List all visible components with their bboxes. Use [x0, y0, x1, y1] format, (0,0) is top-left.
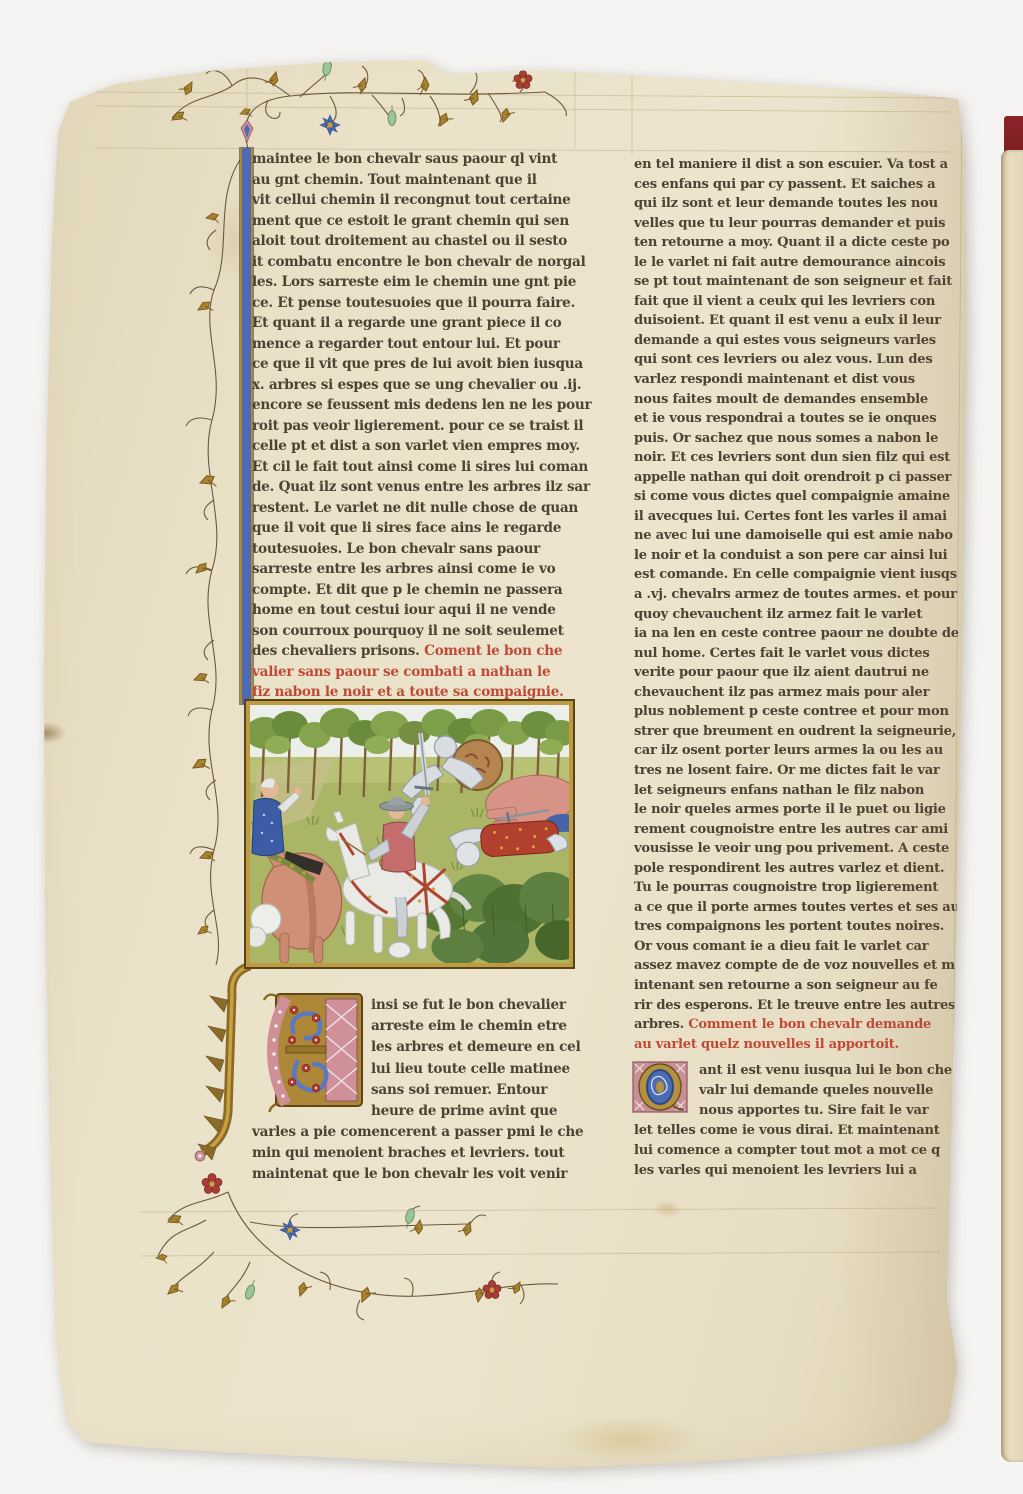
text-line: maintee le bon chevalr saus paour ql vin… [252, 149, 574, 170]
text-line: encore se feussent mis dedens len ne les… [252, 395, 574, 416]
illuminated-initial-A: A [250, 990, 366, 1112]
left-column-text: maintee le bon chevalr saus paour ql vin… [252, 149, 574, 703]
text-line: ant il est venu iusqua lui le bon che [699, 1061, 964, 1081]
parchment-page: maintee le bon chevalr saus paour ql vin… [0, 0, 1023, 1494]
text-line: let telles come ie vous dirai. Et mainte… [634, 1121, 964, 1141]
left-column-text-3: varles a pie comencerent a passer pmi le… [252, 1122, 574, 1186]
text-line: velles que tu leur pourras demander et p… [634, 214, 964, 234]
right-column-text-2: ant il est venu iusqua lui le bon cheval… [699, 1061, 964, 1121]
text-line: compte. Et dit que p le chemin ne passer… [252, 580, 574, 601]
text-line: son courroux pourquoy il ne soit seuleme… [252, 621, 574, 642]
text-line: ment que ce estoit le grant chemin qui s… [252, 211, 574, 232]
text-line: home en tout cestui iour aqui il ne vend… [252, 600, 574, 621]
text-line: insi se fut le bon chevalier [371, 995, 575, 1016]
text-line: rir des esperons. Et le treuve entre les… [634, 996, 964, 1016]
text-line: il avecques lui. Certes font les varles … [634, 507, 964, 527]
text-line: sans soi remuer. Entour [371, 1080, 575, 1101]
text-line: arbres. Comment le bon chevalr demande [634, 1015, 964, 1035]
text-line: au gnt chemin. Tout maintenant que il [252, 170, 574, 191]
text-line: demande a qui estes vous seigneurs varle… [634, 331, 964, 351]
text-line: fiz nabon le noir et a toute sa compaign… [252, 682, 574, 703]
text-line: let seigneurs enfans nathan le filz nabo… [634, 781, 964, 801]
text-line: nous apportes tu. Sire fait le var [699, 1101, 964, 1121]
illuminated-initial-Q: Q [632, 1061, 689, 1114]
text-line: que il voit que li sires face ains le re… [252, 518, 574, 539]
right-column-text: en tel maniere il dist a son escuier. Va… [634, 155, 964, 1054]
text-line: car ilz osent porter leurs armes la ou l… [634, 741, 964, 761]
text-line: est comande. En celle compaignie vient i… [634, 565, 964, 585]
text-line: qui sont ces levriers ou alez vous. Lun … [634, 350, 964, 370]
text-line: vousisse le veoir ung pou privement. A c… [634, 839, 964, 859]
text-line: heure de prime avint que [371, 1101, 575, 1122]
text-line: it combatu encontre le bon chevalr de no… [252, 252, 574, 273]
text-line: Et cil le fait tout ainsi come li sires … [252, 457, 574, 478]
stain-right-column [652, 1200, 682, 1218]
text-line: noir. Et ces levriers sont dun sien filz… [634, 448, 964, 468]
text-line: quoy chevauchent ilz armez fait le varle… [634, 605, 964, 625]
text-line: mence a regarder tout entour lui. Et pou… [252, 334, 574, 355]
text-line: lui comence a compter tout mot a mot ce … [634, 1141, 964, 1161]
text-line: fait que il vient a ceulx qui les levrie… [634, 292, 964, 312]
text-line: le le varlet ni fait autre demourance ai… [634, 253, 964, 273]
text-line: nul home. Certes fait le varlet vous dic… [634, 644, 964, 664]
stain-margin [204, 196, 264, 286]
text-line: duisoient. Et quant il est venu a eulx i… [634, 311, 964, 331]
column-bar [240, 148, 253, 704]
initial-bar-extension [195, 966, 250, 1161]
text-line: ces enfans qui par cy passent. Et saiche… [634, 175, 964, 195]
text-line: valr lui demande queles nouvelle [699, 1081, 964, 1101]
text-line: ia na len en ceste contree paour ne doub… [634, 624, 964, 644]
text-line: varles a pie comencerent a passer pmi le… [252, 1122, 574, 1143]
text-line: et ie vous respondrai a toutes se ie onq… [634, 409, 964, 429]
text-line: assez mavez compte de de voz nouvelles e… [634, 956, 964, 976]
text-line: ne avec lui une damoiselle qui est amie … [634, 526, 964, 546]
text-line: verite pour paour que ilz aient dautrui … [634, 663, 964, 683]
text-line: tres compaignons les portent toutes noir… [634, 917, 964, 937]
text-line: roit pas veoir ligierement. pour ce se t… [252, 416, 574, 437]
text-line: les. Lors sarreste eim le chemin une gnt… [252, 272, 574, 293]
bar-finial [241, 120, 253, 142]
text-line: ce. Et pense toutesuoies que il pourra f… [252, 293, 574, 314]
text-line: aloit tout droitement au chastel ou il s… [252, 231, 574, 252]
text-line: le noir queles armes porte il le puet ou… [634, 800, 964, 820]
text-line: Tu le pourras cougnoistre trop ligiereme… [634, 878, 964, 898]
text-line: qui ilz sont et leur demande toutes les … [634, 194, 964, 214]
text-line: Or vous comant ie a dieu fait le varlet … [634, 937, 964, 957]
text-line: chevauchent ilz pas armez mais pour aler [634, 683, 964, 703]
text-line: celle pt et dist a son varlet vien empre… [252, 436, 574, 457]
text-line: rement cougnoistre entre les autres car … [634, 820, 964, 840]
text-line: nous faites moult de demandes ensemble [634, 390, 964, 410]
stain-left-edge [26, 722, 66, 744]
text-line: sarreste entre les arbres ainsi come ie … [252, 559, 574, 580]
text-line: si come vous dictes quel compaignie amai… [634, 487, 964, 507]
text-line: Et quant il a regarde une grant piece il… [252, 313, 574, 334]
text-line: toutesuoies. Le bon chevalr sans paour [252, 539, 574, 560]
text-line: ce que il vit que pres de lui avoit bien… [252, 354, 574, 375]
text-line: pole respondirent les autres varlez et d… [634, 859, 964, 879]
text-line: en tel maniere il dist a son escuier. Va… [634, 155, 964, 175]
text-line: a ce que il porte armes toutes vertes et… [634, 898, 964, 918]
text-line: des chevaliers prisons. Coment le bon ch… [252, 641, 574, 662]
text-line: puis. Or sachez que nous somes a nabon l… [634, 429, 964, 449]
ruling-lines [0, 0, 1023, 1494]
text-line: lui lieu toute celle matinee [371, 1059, 575, 1080]
manuscript-photo: maintee le bon chevalr saus paour ql vin… [0, 0, 1023, 1494]
ivy-border [0, 0, 1023, 1494]
text-line: au varlet quelz nouvelles il apportoit. [634, 1035, 964, 1055]
text-line: restent. Le varlet ne dit nulle chose de… [252, 498, 574, 519]
text-line: a .vj. chevalrs armez de toutes armes. e… [634, 585, 964, 605]
text-line: vit cellui chemin il recongnut tout cert… [252, 190, 574, 211]
text-line: tres ne losent faire. Or me dictes fait … [634, 761, 964, 781]
text-line: arreste eim le chemin etre [371, 1016, 575, 1037]
text-line: maintenat que le bon chevalr les voit ve… [252, 1164, 574, 1185]
text-line: les arbres et demeure en cel [371, 1037, 575, 1058]
text-line: strer que breument en oudrent la seigneu… [634, 722, 964, 742]
text-line: ten retourne a moy. Quant il a dicte ces… [634, 233, 964, 253]
text-line: x. arbres si espes que se ung chevalier … [252, 375, 574, 396]
miniature-scene [250, 705, 569, 963]
right-column-text-3: let telles come ie vous dirai. Et mainte… [634, 1121, 964, 1181]
left-column-text-2: insi se fut le bon chevalierarreste eim … [371, 995, 575, 1122]
text-line: appelle nathan qui doit orendroit p ci p… [634, 468, 964, 488]
miniature-painting [246, 701, 573, 967]
page-wrap: maintee le bon chevalr saus paour ql vin… [0, 0, 1023, 1494]
text-line: se pt tout maintenant de son seigneur et… [634, 272, 964, 292]
stain-bottom [552, 1416, 702, 1462]
text-line: le noir et la conduist a son pere car ai… [634, 546, 964, 566]
text-line: min qui menoient braches et levriers. to… [252, 1143, 574, 1164]
text-line: de. Quat ilz sont venus entre les arbres… [252, 477, 574, 498]
text-line: intenant sen retourne a son seigneur au … [634, 976, 964, 996]
text-line: plus noblement p ceste contree et pour m… [634, 702, 964, 722]
text-line: les varles qui menoient les levriers lui… [634, 1161, 964, 1181]
text-line: valier sans paour se combati a nathan le [252, 662, 574, 683]
text-line: varlez respondi maintenant et dist vous [634, 370, 964, 390]
